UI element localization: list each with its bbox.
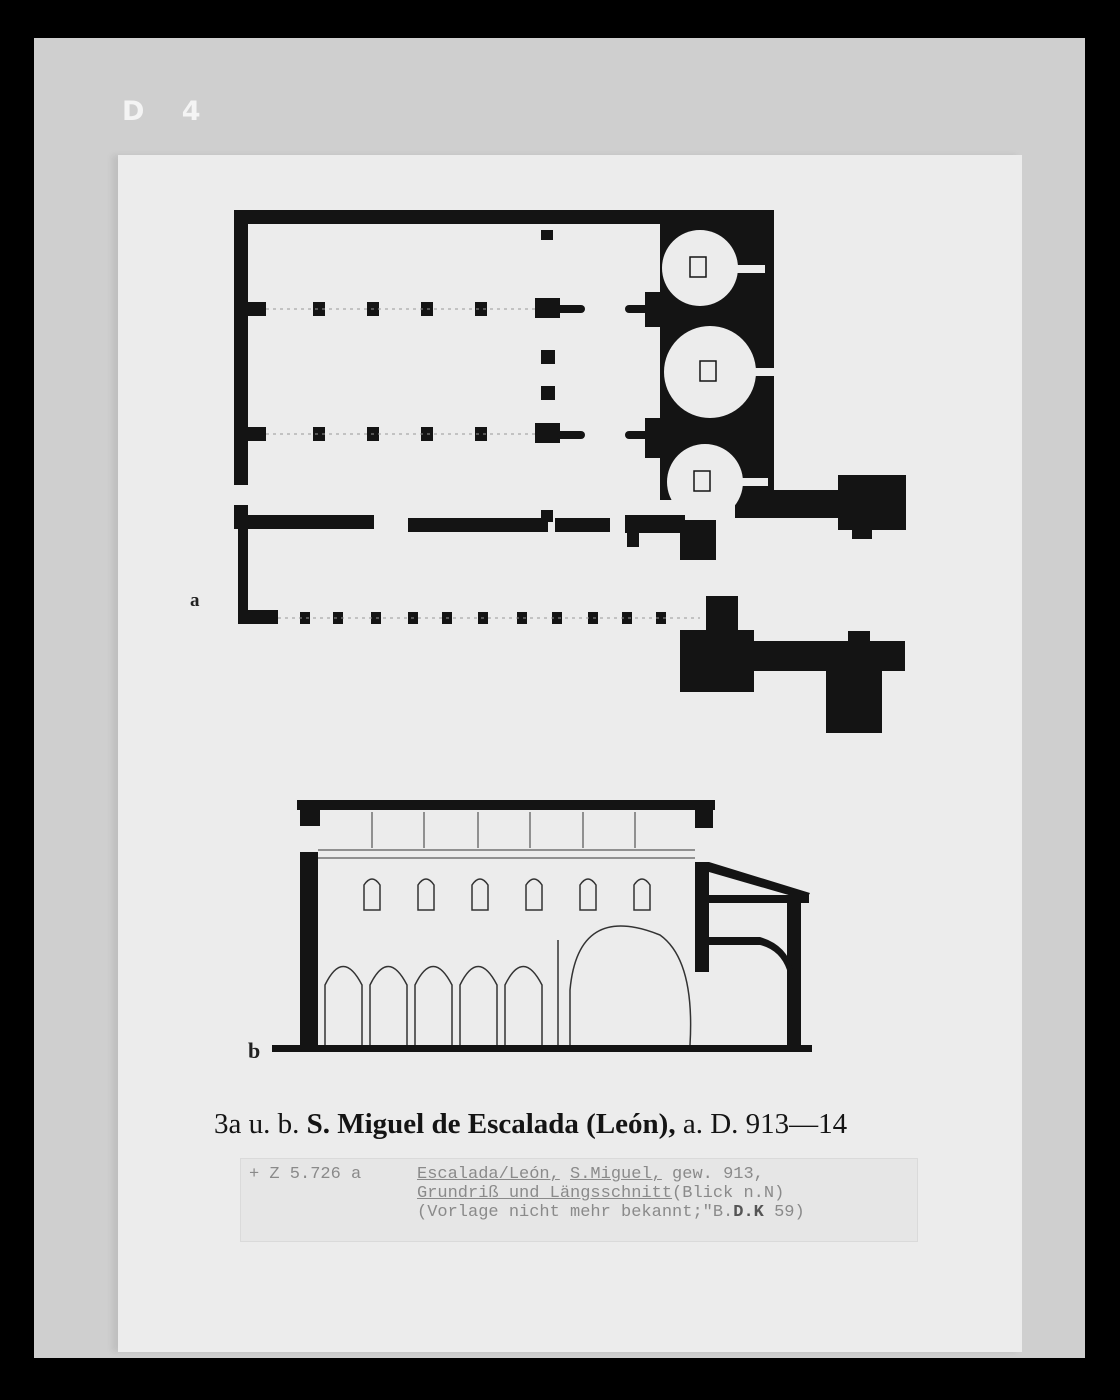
drawing-type: Grundriß und Längsschnitt [417, 1184, 672, 1203]
caption-number: 3a u. b. [214, 1108, 299, 1140]
section-details [318, 812, 695, 1045]
figure-caption: 3a u. b. S. Miguel de Escalada (León), a… [214, 1108, 847, 1141]
caption-title: S. Miguel de Escalada (León), [307, 1108, 676, 1140]
figure-label-a: a [190, 590, 200, 612]
index-card: a b 3a u. b. S. Miguel de Escalada (León… [118, 155, 1022, 1352]
place-name: Escalada/León, [417, 1165, 560, 1184]
caption-date: a. D. 913—14 [683, 1108, 847, 1140]
typed-label-strip: + Z 5.726 a Escalada/León, S.Miguel, gew… [240, 1158, 918, 1242]
figure-label-b: b [248, 1038, 260, 1064]
typed-line-1: Escalada/León, S.Miguel, gew. 913, [417, 1165, 805, 1184]
typed-description: Escalada/León, S.Miguel, gew. 913, Grund… [417, 1165, 805, 1222]
source-note: (Vorlage nicht mehr bekannt;"B. [417, 1203, 733, 1222]
consecration-date: gew. 913, [662, 1165, 764, 1184]
source-page: 59) [764, 1203, 805, 1222]
source-abbrev: D.K [733, 1203, 764, 1222]
church-name: S.Miguel, [570, 1165, 662, 1184]
floor-plan [234, 210, 906, 733]
typed-line-3: (Vorlage nicht mehr bekannt;"B.D.K 59) [417, 1203, 805, 1222]
catalog-reference: + Z 5.726 a [249, 1165, 361, 1184]
view-direction: (Blick n.N) [672, 1184, 784, 1203]
mount-label: D 4 [122, 96, 215, 127]
typed-line-2: Grundriß und Längsschnitt(Blick n.N) [417, 1184, 805, 1203]
